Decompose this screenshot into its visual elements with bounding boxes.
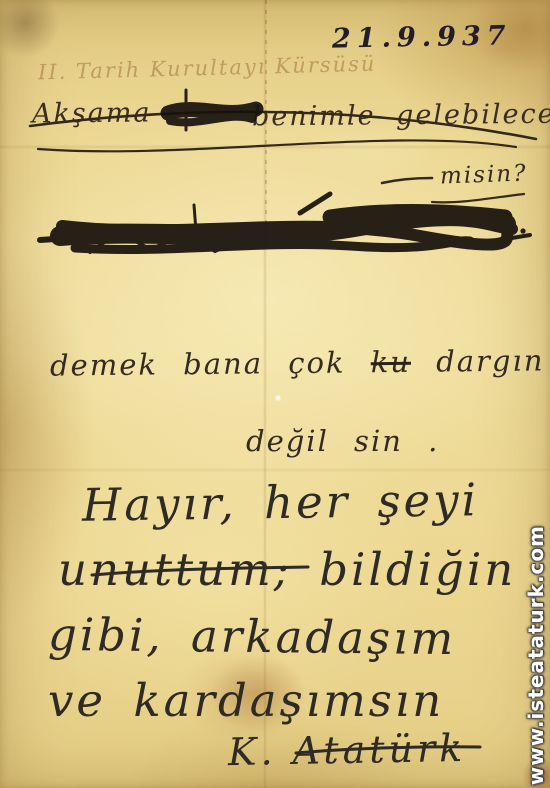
strikethrough-strokes xyxy=(30,112,536,151)
small-word-scribble xyxy=(168,90,256,130)
misin-dash-underline xyxy=(382,178,524,202)
scanned-letter: 21.9.937 II. Tarih Kurultayı Kürsüsü Akş… xyxy=(0,0,550,788)
fold-creases xyxy=(0,0,550,788)
pinhole xyxy=(275,395,280,400)
watermark: www.isteataturk.com xyxy=(524,525,548,785)
tbar-strokes xyxy=(92,567,480,753)
ink-strokes-overlay xyxy=(0,0,550,788)
